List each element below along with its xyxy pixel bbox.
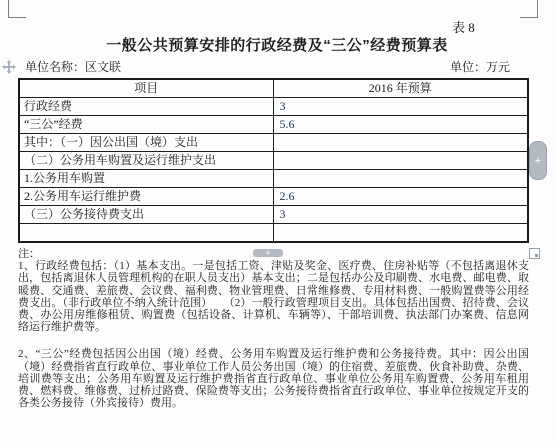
meta-row: 单位名称：区文联 单位：万元	[25, 58, 510, 75]
unit-name-label: 单位名称：区文联	[25, 58, 121, 75]
table-row: “三公”经费 5.6	[19, 116, 528, 134]
notes-label: 注：	[18, 248, 529, 260]
item-cell[interactable]: “三公”经费	[19, 116, 273, 134]
item-cell[interactable]: 1.公务用车购置	[19, 170, 273, 188]
item-cell[interactable]: （三）公务接待费支出	[19, 206, 273, 224]
value-cell[interactable]: 5.6	[273, 116, 528, 134]
unit-label: 单位：万元	[450, 58, 510, 75]
table-row: （二）公务用车购置及运行维护支出	[19, 152, 528, 170]
value-cell[interactable]: 3	[273, 98, 528, 116]
table-row: 1.公务用车购置	[19, 170, 528, 188]
table-row: 其中：（一）因公出国（境）支出	[19, 134, 528, 152]
value-cell[interactable]	[273, 134, 528, 152]
resize-dot-icon	[535, 254, 538, 257]
item-cell[interactable]: 2.公务用车运行维护费	[19, 188, 273, 206]
item-cell[interactable]: （二）公务用车购置及运行维护支出	[19, 152, 273, 170]
item-cell[interactable]	[19, 224, 273, 243]
page-margin-mark-top-right	[520, 0, 538, 18]
note-paragraph-2: 2、“三公”经费包括因公出国（境）经费、公务用车购置及运行维护费和公务接待费。其…	[18, 348, 529, 409]
table-row: 2.公务用车运行维护费 2.6	[19, 188, 528, 206]
item-cell[interactable]: 其中：（一）因公出国（境）支出	[19, 134, 273, 152]
notes-section: 注： 1、行政经费包括：（1）基本支出。一是包括工资、津贴及奖金、医疗费、住房补…	[18, 248, 529, 409]
insert-column-button[interactable]: +	[529, 141, 547, 180]
plus-icon: +	[535, 155, 541, 167]
value-cell[interactable]: 3	[273, 206, 528, 224]
table-row: （三）公务接待费支出 3	[19, 206, 528, 224]
value-cell[interactable]: 2.6	[273, 188, 528, 206]
page-margin-mark-top-left	[8, 0, 26, 18]
page-title: 一般公共预算安排的行政经费及“三公”经费预算表	[0, 34, 554, 55]
table-resize-handle[interactable]	[529, 248, 540, 259]
table-header-row: 项目 2016 年预算	[19, 79, 528, 98]
table-row: 行政经费 3	[19, 98, 528, 116]
table-row	[19, 224, 528, 243]
table-move-handle[interactable]	[2, 60, 16, 74]
note-paragraph-1: 1、行政经费包括：（1）基本支出。一是包括工资、津贴及奖金、医疗费、住房补贴等（…	[18, 260, 529, 333]
item-cell[interactable]: 行政经费	[19, 98, 273, 116]
header-item[interactable]: 项目	[19, 79, 273, 98]
budget-table: 项目 2016 年预算 行政经费 3 “三公”经费 5.6 其中：（一）因公出国…	[18, 78, 529, 243]
value-cell[interactable]	[273, 152, 528, 170]
value-cell[interactable]	[273, 170, 528, 188]
value-cell[interactable]	[273, 224, 528, 243]
header-year-budget[interactable]: 2016 年预算	[273, 79, 528, 98]
move-cross-icon	[2, 61, 16, 78]
